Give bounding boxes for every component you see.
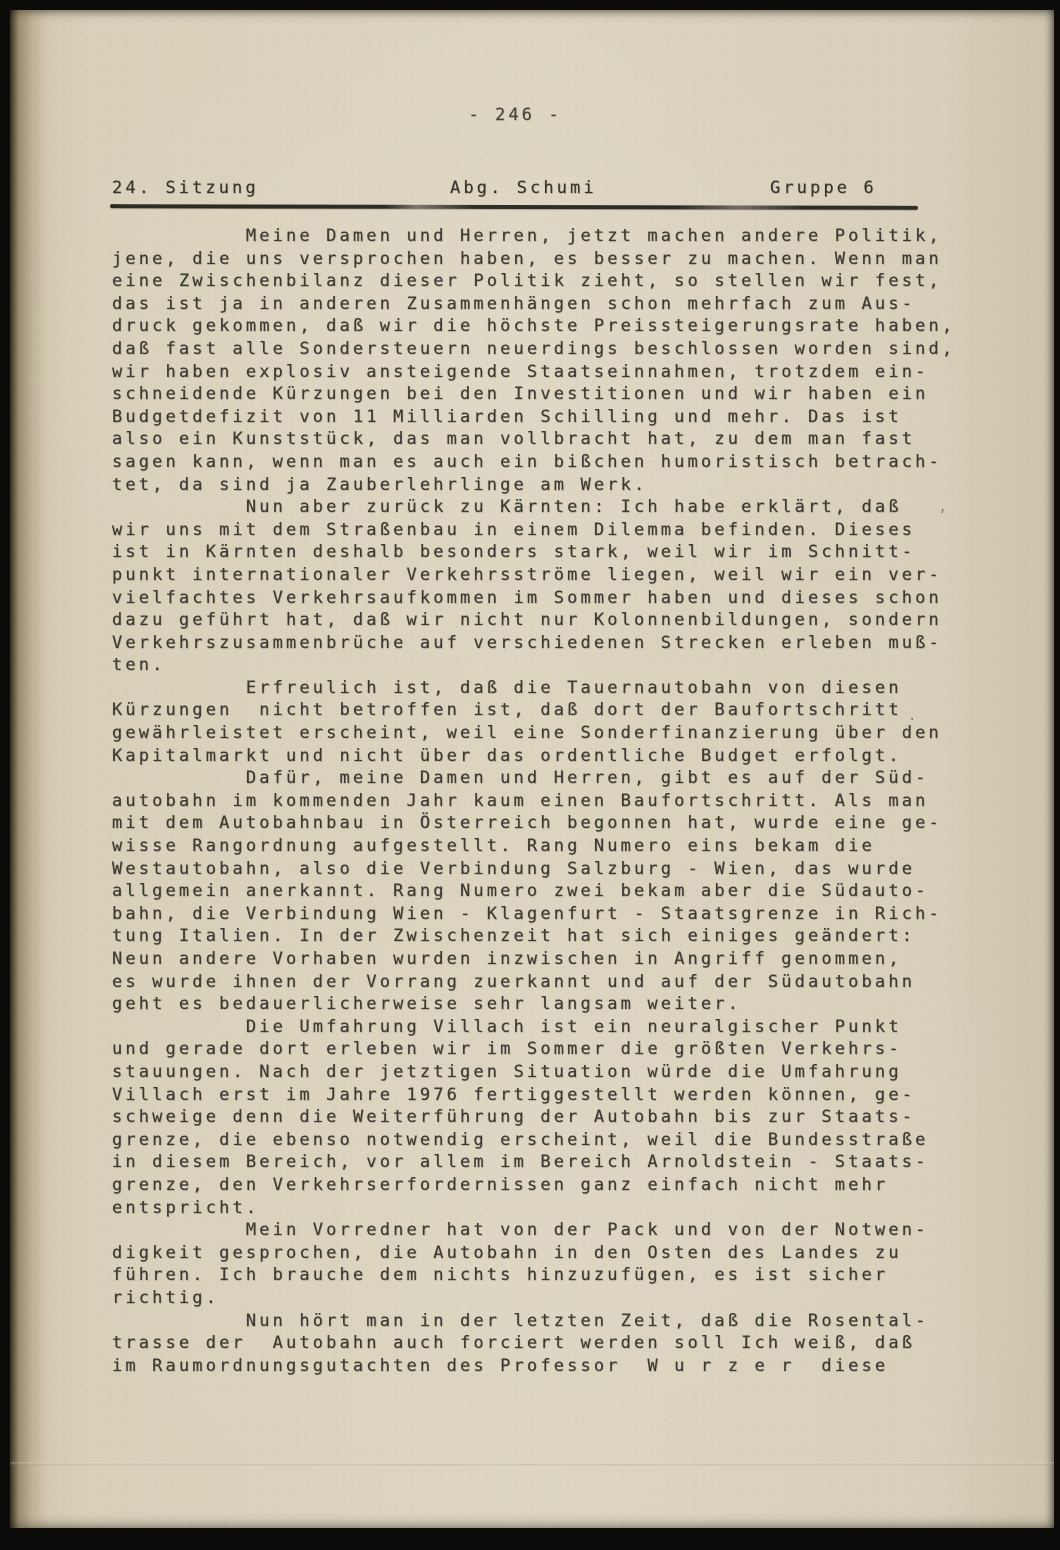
page-number: - 246 - [10, 105, 1020, 125]
speech-transcript-text: Meine Damen und Herren, jetzt machen and… [112, 225, 955, 1377]
page-header: 24. Sitzung Abg. Schumi Gruppe 6 [112, 178, 918, 204]
scan-speck: · [908, 712, 916, 728]
binding-shadow [10, 10, 50, 1528]
paper-sheet: - 246 - 24. Sitzung Abg. Schumi Gruppe 6… [10, 10, 1054, 1528]
header-speaker-label: Abg. Schumi [450, 178, 597, 198]
paper-crease [10, 1462, 1054, 1466]
scanned-document-page: - 246 - 24. Sitzung Abg. Schumi Gruppe 6… [0, 0, 1060, 1550]
header-group-label: Gruppe 6 [770, 178, 877, 198]
scan-speck: ’ [938, 508, 946, 524]
header-session-label: 24. Sitzung [112, 178, 259, 198]
header-underline [110, 204, 918, 210]
